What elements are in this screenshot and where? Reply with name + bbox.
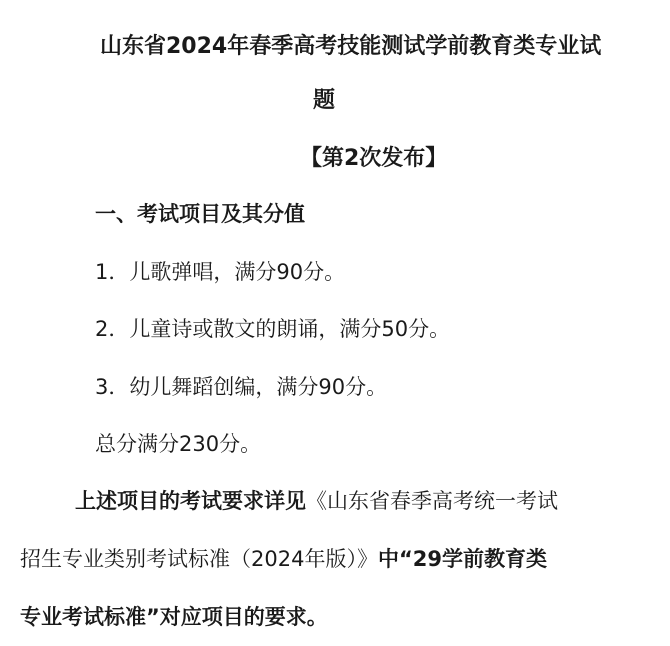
paragraph-normal-text: 《山东省春季高考统一考试 [306, 489, 558, 513]
document-title-line1: 山东省2024年春季高考技能测试学前教育类专业试 [100, 33, 601, 61]
release-tag: 【第2次发布】 [300, 145, 447, 173]
list-item-number: 1． [95, 260, 129, 284]
paragraph-normal-text: 招生专业类别考试标准（2024年版）》 [20, 547, 378, 571]
list-item-text: 幼儿舞蹈创编，满分90分。 [129, 375, 387, 399]
paragraph-line2: 招生专业类别考试标准（2024年版）》中“29学前教育类 [20, 545, 547, 573]
list-item: 1．儿歌弹唱，满分90分。 [95, 258, 345, 286]
paragraph-line3: 专业考试标准”对应项目的要求。 [20, 603, 328, 631]
list-item: 3．幼儿舞蹈创编，满分90分。 [95, 373, 387, 401]
total-score: 总分满分230分。 [95, 430, 261, 458]
list-item-number: 2． [95, 317, 129, 341]
list-item: 2．儿童诗或散文的朗诵，满分50分。 [95, 315, 450, 343]
section-heading: 一、考试项目及其分值 [95, 200, 305, 228]
list-item-number: 3． [95, 375, 129, 399]
paragraph-bold-text: 上述项目的考试要求详见 [75, 489, 306, 513]
list-item-text: 儿歌弹唱，满分90分。 [129, 260, 345, 284]
paragraph-bold-text: 中“29学前教育类 [378, 547, 547, 571]
list-item-text: 儿童诗或散文的朗诵，满分50分。 [129, 317, 450, 341]
paragraph-line1: 上述项目的考试要求详见《山东省春季高考统一考试 [75, 487, 558, 515]
document-title-line2: 题 [313, 87, 335, 115]
